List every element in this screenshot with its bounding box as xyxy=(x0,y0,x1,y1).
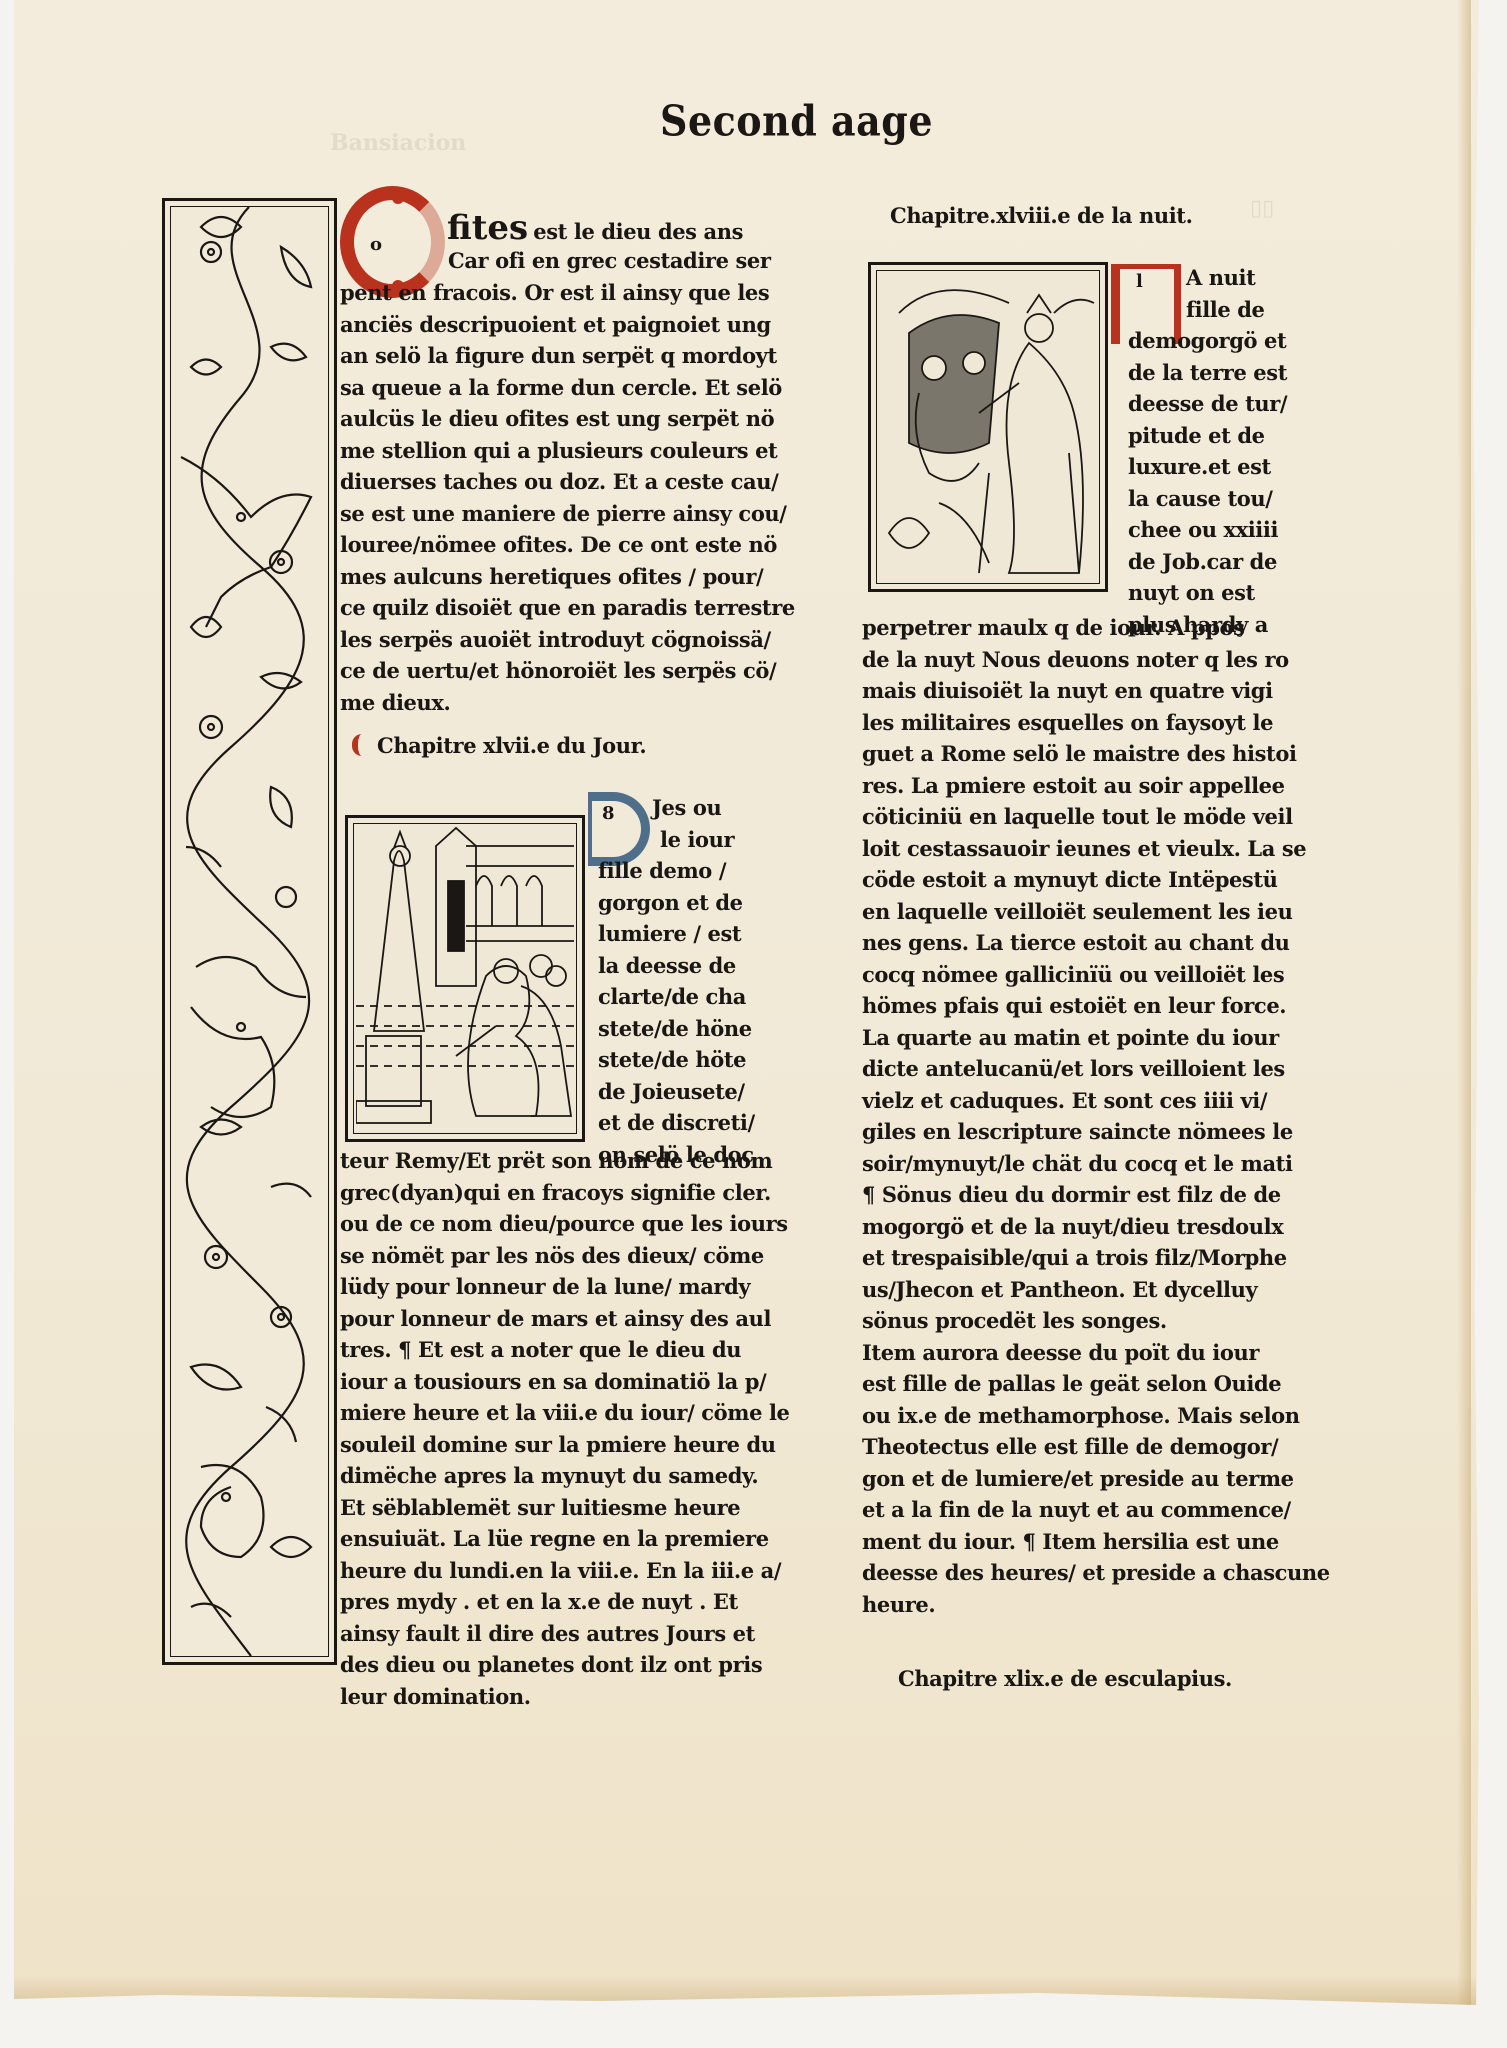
text-line: miere heure et la viii.e du iour/ cöme l… xyxy=(340,1397,780,1429)
opening-line: fites est le dieu des ans xyxy=(447,208,743,248)
text-line: gorgon et de xyxy=(598,887,778,919)
text-line: deesse de tur/ xyxy=(1128,388,1268,420)
text-line: de la nuyt Nous deuons noter q les ro xyxy=(862,644,1282,676)
text-line: perpetrer maulx q de iour. A ppos xyxy=(862,612,1282,644)
text-line: guet a Rome selö le maistre des histoi xyxy=(862,738,1282,770)
heading-text: Chapitre xlvii.e du Jour. xyxy=(377,733,646,758)
text-line: hömes pfais qui estoiët en leur force. xyxy=(862,990,1282,1022)
text-line: aulcüs le dieu ofites est ung serpët nö xyxy=(340,403,780,435)
text-line: an selö la figure dun serpët q mordoyt xyxy=(340,340,780,372)
text-line: pitude et de xyxy=(1128,420,1268,452)
text-line: le iour xyxy=(652,824,734,856)
right-narrow-top: A nuit fille de xyxy=(1186,262,1264,325)
text-line: La quarte au matin et pointe du iour xyxy=(862,1022,1282,1054)
text-line: des dieu ou planetes dont ilz ont pris xyxy=(340,1649,780,1681)
text-line: soir/mynuyt/le chät du cocq et le mati xyxy=(862,1148,1282,1180)
text-line: luxure.et est xyxy=(1128,451,1268,483)
text-line: ce de uertu/et hönoroiët les serpës cö/ xyxy=(340,655,780,687)
text-line: ainsy fault il dire des autres Jours et xyxy=(340,1618,780,1650)
text-line: est fille de pallas le geät selon Ouide xyxy=(862,1368,1282,1400)
text-line: Jes ou xyxy=(652,792,734,824)
text-line: dicte antelucanü/et lors veilloient les xyxy=(862,1053,1282,1085)
text-line: anciës descripuoient et paignoiet ung xyxy=(340,309,780,341)
text-line: louree/nömee ofites. De ce ont este nö xyxy=(340,529,780,561)
text-line: de la terre est xyxy=(1128,357,1268,389)
text-line: Et sëblablemët sur luitiesme heure xyxy=(340,1492,780,1524)
text-line: stete/de höte xyxy=(598,1044,778,1076)
goddess-statue-icon xyxy=(356,826,574,1131)
initial-ornament xyxy=(392,192,404,204)
text-line: tres. ¶ Et est a noter que le dieu du xyxy=(340,1334,780,1366)
text-line: giles en lescripture saincte nömees le xyxy=(862,1116,1282,1148)
text-line: fille demo / xyxy=(598,855,778,887)
text-line: mais diuisoiët la nuyt en quatre vigi xyxy=(862,675,1282,707)
text-line: A nuit xyxy=(1186,262,1264,294)
text-line: ensuiuät. La lüe regne en la premiere xyxy=(340,1523,780,1555)
text-line: deesse des heures/ et preside a chascune xyxy=(862,1557,1282,1589)
text-line: leur domination. xyxy=(340,1681,780,1713)
text-line: demogorgö et xyxy=(1128,325,1268,357)
guide-letter: o xyxy=(370,234,382,255)
text-line: et a la fin de la nuyt et au commence/ xyxy=(862,1494,1282,1526)
text-line: ou ix.e de methamorphose. Mais selon xyxy=(862,1400,1282,1432)
text-line: les militaires esquelles on faysoyt le xyxy=(862,707,1282,739)
show-through-text: ▯▯ xyxy=(1250,195,1310,221)
opening-word: fites xyxy=(447,208,528,248)
text-line: diuerses taches ou doz. Et a ceste cau/ xyxy=(340,466,780,498)
text-line: nuyt on est xyxy=(1128,577,1268,609)
narrow-text-block: fille demo / gorgon et de lumiere / est … xyxy=(598,855,778,1170)
text-line: souleil domine sur la pmiere heure du xyxy=(340,1429,780,1461)
text-line: vielz et caduques. Et sont ces iiii vi/ xyxy=(862,1085,1282,1117)
text-line: pour lonneur de mars et ainsy des aul xyxy=(340,1303,780,1335)
text-line: mogorgö et de la nuyt/dieu tresdoulx xyxy=(862,1211,1282,1243)
text-line: gon et de lumiere/et preside au terme xyxy=(862,1463,1282,1495)
text-line: pent en fracois. Or est il ainsy que les xyxy=(340,277,780,309)
text-line: et trespaisible/qui a trois filz/Morphe xyxy=(862,1242,1282,1274)
text-line: la cause tou/ xyxy=(1128,483,1268,515)
text-line: de Job.car de xyxy=(1128,546,1268,578)
right-text-block: perpetrer maulx q de iour. A ppos de la … xyxy=(862,612,1282,1620)
text-line: se est une maniere de pierre ainsy cou/ xyxy=(340,498,780,530)
text-line: en laquelle veilloiët seulement les ieu xyxy=(862,896,1282,928)
vine-scroll-icon xyxy=(171,207,328,1656)
floral-border-ornament xyxy=(162,198,337,1665)
text-line: dimëche apres la mynuyt du samedy. xyxy=(340,1460,780,1492)
text-line: lüdy pour lonneur de la lune/ mardy xyxy=(340,1271,780,1303)
heading-text: Chapitre.xlviii.e de la nuit. xyxy=(890,203,1192,228)
right-narrow-block: demogorgö et de la terre est deesse de t… xyxy=(1128,325,1268,640)
text-line: Car ofi en grec cestadire ser xyxy=(448,245,778,277)
guide-letter: l xyxy=(1136,271,1143,292)
text-line: heure du lundi.en la viii.e. En la iii.e… xyxy=(340,1555,780,1587)
text-line: grec(dyan)qui en fracoys signifie cler. xyxy=(340,1177,780,1209)
text-line: iour a tousiours en sa dominatiö la p/ xyxy=(340,1366,780,1398)
left-text-block-2: teur Remy/Et prët son nom de ce nom grec… xyxy=(340,1145,780,1712)
text-line: se nömët par les nös des dieux/ cöme xyxy=(340,1240,780,1272)
text-line: cöticiniü en laquelle tout le möde veil xyxy=(862,801,1282,833)
woodcut-night-illustration xyxy=(868,262,1108,592)
woodcut-day-illustration xyxy=(345,815,585,1142)
text-line: me stellion qui a plusieurs couleurs et xyxy=(340,435,780,467)
closing-chapter-heading: Chapitre xlix.e de esculapius. xyxy=(898,1663,1232,1695)
text-line: les serpës auoiët introduyt cögnoissä/ xyxy=(340,624,780,656)
text-line: stete/de höne xyxy=(598,1013,778,1045)
left-text-block-1: pent en fracois. Or est il ainsy que les… xyxy=(340,277,780,718)
text-line: Item aurora deesse du poït du iour xyxy=(862,1337,1282,1369)
narrow-text-top: Jes ou le iour xyxy=(652,792,734,855)
text-line: heure. xyxy=(862,1589,1282,1621)
show-through-text: Bansiacion xyxy=(330,130,466,156)
text-line: fille de xyxy=(1186,294,1264,326)
text-line: ment du iour. ¶ Item hersilia est une xyxy=(862,1526,1282,1558)
crowned-figure-demons-icon xyxy=(879,273,1097,581)
text-line: cöde estoit a mynuyt dicte Intëpestü xyxy=(862,864,1282,896)
text-line: sa queue a la forme dun cercle. Et selö xyxy=(340,372,780,404)
bottom-stain xyxy=(14,1975,1479,2005)
text-line: loit cestassauoir ieunes et vieulx. La s… xyxy=(862,833,1282,865)
text-line: cocq nömee gallicinïü ou veilloiët les xyxy=(862,959,1282,991)
text-line: ¶ Sönus dieu du dormir est filz de de xyxy=(862,1179,1282,1211)
text-line: ou de ce nom dieu/pource que les iours xyxy=(340,1208,780,1240)
text-line: clarte/de cha xyxy=(598,981,778,1013)
text-line: est le dieu des ans xyxy=(533,219,743,244)
text-line: lumiere / est xyxy=(598,918,778,950)
text-line: nes gens. La tierce estoit au chant du xyxy=(862,927,1282,959)
text-line: res. La pmiere estoit au soir appellee xyxy=(862,770,1282,802)
chapter-heading-nuit: Chapitre.xlviii.e de la nuit. xyxy=(890,200,1192,232)
text-line: chee ou xxiiii xyxy=(1128,514,1268,546)
text-line: mes aulcuns heretiques ofites / pour/ xyxy=(340,561,780,593)
text-line: me dieux. xyxy=(340,687,780,719)
text-line: la deesse de xyxy=(598,950,778,982)
text-line: ce quilz disoiët que en paradis terrestr… xyxy=(340,592,780,624)
running-head: Second aage xyxy=(660,96,933,146)
text-line: pres mydy . et en la x.e de nuyt . Et xyxy=(340,1586,780,1618)
chapter-heading-jour: Chapitre xlvii.e du Jour. xyxy=(352,730,646,762)
text-line: de Joieusete/ xyxy=(598,1076,778,1108)
left-text-block-top-indented: Car ofi en grec cestadire ser xyxy=(448,245,778,277)
text-line: sönus procedët les songes. xyxy=(862,1305,1282,1337)
text-line: Theotectus elle est fille de demogor/ xyxy=(862,1431,1282,1463)
text-line: teur Remy/Et prët son nom de ce nom xyxy=(340,1145,780,1177)
guide-letter: 8 xyxy=(602,803,615,824)
pilcrow-rubric-icon xyxy=(352,734,374,756)
text-line: us/Jhecon et Pantheon. Et dycelluy xyxy=(862,1274,1282,1306)
heading-text: Chapitre xlix.e de esculapius. xyxy=(898,1666,1232,1691)
edge-stain xyxy=(1457,0,1471,2005)
text-line: et de discreti/ xyxy=(598,1107,778,1139)
